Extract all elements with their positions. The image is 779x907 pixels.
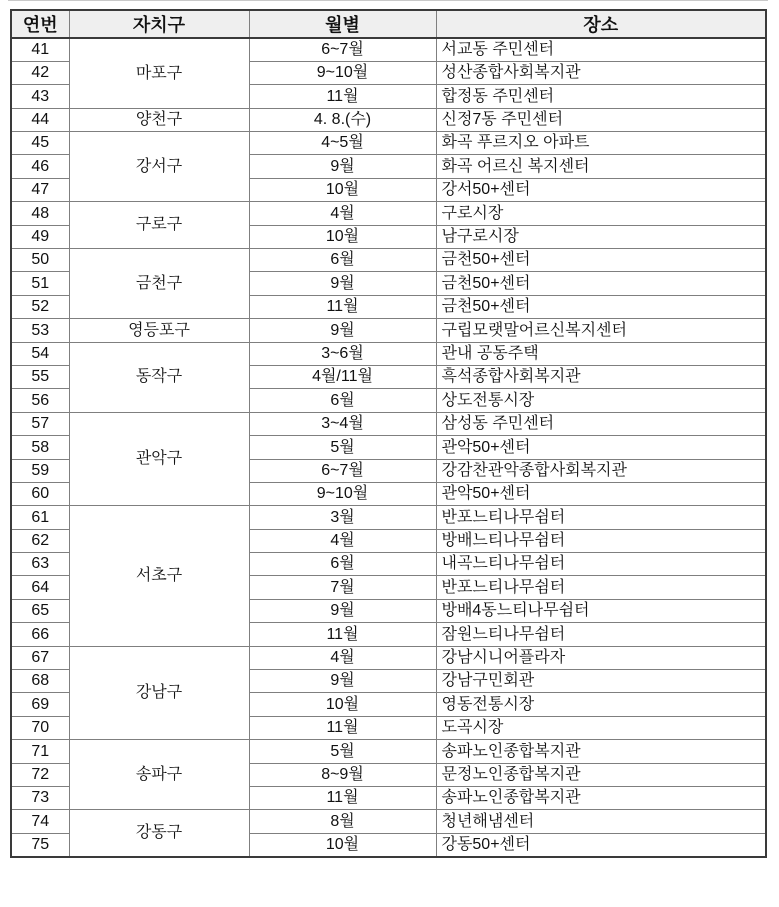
place-cell: 화곡 어르신 복지센터 [436, 155, 766, 178]
serial-cell: 69 [11, 693, 69, 716]
place-cell: 강남구민회관 [436, 670, 766, 693]
serial-cell: 67 [11, 646, 69, 669]
serial-cell: 48 [11, 202, 69, 225]
serial-cell: 53 [11, 319, 69, 342]
serial-cell: 68 [11, 670, 69, 693]
serial-cell: 43 [11, 85, 69, 108]
month-cell: 6월 [249, 553, 436, 576]
schedule-table: 연번 자치구 월별 장소 41마포구6~7월서교동 주민센터429~10월성산종… [10, 9, 767, 858]
place-cell: 삼성동 주민센터 [436, 412, 766, 435]
month-cell: 4월 [249, 202, 436, 225]
district-cell: 관악구 [69, 412, 249, 506]
header-row: 연번 자치구 월별 장소 [11, 10, 766, 38]
serial-cell: 70 [11, 716, 69, 739]
table-row: 45강서구4~5월화곡 푸르지오 아파트 [11, 132, 766, 155]
month-cell: 10월 [249, 833, 436, 856]
month-cell: 9월 [249, 319, 436, 342]
scan-artifact-line [8, 0, 768, 1]
serial-cell: 71 [11, 740, 69, 763]
serial-cell: 58 [11, 436, 69, 459]
place-cell: 성산종합사회복지관 [436, 61, 766, 84]
month-cell: 4~5월 [249, 132, 436, 155]
place-cell: 영동전통시장 [436, 693, 766, 716]
place-cell: 합정동 주민센터 [436, 85, 766, 108]
serial-cell: 62 [11, 529, 69, 552]
month-cell: 3~6월 [249, 342, 436, 365]
month-cell: 10월 [249, 178, 436, 201]
serial-cell: 65 [11, 599, 69, 622]
month-cell: 11월 [249, 623, 436, 646]
serial-cell: 72 [11, 763, 69, 786]
place-cell: 상도전통시장 [436, 389, 766, 412]
place-cell: 관악50+센터 [436, 436, 766, 459]
month-cell: 9월 [249, 272, 436, 295]
table-row: 48구로구4월구로시장 [11, 202, 766, 225]
serial-cell: 50 [11, 249, 69, 272]
place-cell: 강서50+센터 [436, 178, 766, 201]
month-cell: 8~9월 [249, 763, 436, 786]
month-cell: 11월 [249, 295, 436, 318]
district-cell: 강남구 [69, 646, 249, 740]
district-cell: 동작구 [69, 342, 249, 412]
place-cell: 구로시장 [436, 202, 766, 225]
serial-cell: 63 [11, 553, 69, 576]
district-cell: 양천구 [69, 108, 249, 131]
serial-cell: 59 [11, 459, 69, 482]
month-cell: 9~10월 [249, 61, 436, 84]
table-row: 74강동구8월청년해냄센터 [11, 810, 766, 833]
month-cell: 11월 [249, 787, 436, 810]
place-cell: 문정노인종합복지관 [436, 763, 766, 786]
column-header-month: 월별 [249, 10, 436, 38]
serial-cell: 46 [11, 155, 69, 178]
serial-cell: 51 [11, 272, 69, 295]
month-cell: 8월 [249, 810, 436, 833]
place-cell: 화곡 푸르지오 아파트 [436, 132, 766, 155]
schedule-table-body: 41마포구6~7월서교동 주민센터429~10월성산종합사회복지관4311월합정… [11, 38, 766, 857]
document-page: 연번 자치구 월별 장소 41마포구6~7월서교동 주민센터429~10월성산종… [0, 0, 779, 907]
month-cell: 4월/11월 [249, 365, 436, 388]
serial-cell: 47 [11, 178, 69, 201]
month-cell: 4월 [249, 646, 436, 669]
table-row: 54동작구3~6월관내 공동주택 [11, 342, 766, 365]
month-cell: 9월 [249, 599, 436, 622]
place-cell: 도곡시장 [436, 716, 766, 739]
place-cell: 신정7동 주민센터 [436, 108, 766, 131]
district-cell: 강동구 [69, 810, 249, 857]
serial-cell: 42 [11, 61, 69, 84]
place-cell: 송파노인종합복지관 [436, 787, 766, 810]
district-cell: 강서구 [69, 132, 249, 202]
place-cell: 반포느티나무쉼터 [436, 506, 766, 529]
serial-cell: 74 [11, 810, 69, 833]
serial-cell: 60 [11, 482, 69, 505]
district-cell: 마포구 [69, 38, 249, 108]
place-cell: 강남시니어플라자 [436, 646, 766, 669]
place-cell: 관악50+센터 [436, 482, 766, 505]
serial-cell: 54 [11, 342, 69, 365]
place-cell: 금천50+센터 [436, 272, 766, 295]
month-cell: 9~10월 [249, 482, 436, 505]
serial-cell: 52 [11, 295, 69, 318]
place-cell: 강동50+센터 [436, 833, 766, 856]
month-cell: 5월 [249, 436, 436, 459]
table-row: 57관악구3~4월삼성동 주민센터 [11, 412, 766, 435]
district-cell: 구로구 [69, 202, 249, 249]
place-cell: 서교동 주민센터 [436, 38, 766, 61]
place-cell: 강감찬관악종합사회복지관 [436, 459, 766, 482]
table-row: 50금천구6월금천50+센터 [11, 249, 766, 272]
place-cell: 송파노인종합복지관 [436, 740, 766, 763]
month-cell: 6월 [249, 249, 436, 272]
month-cell: 6~7월 [249, 459, 436, 482]
month-cell: 4월 [249, 529, 436, 552]
month-cell: 10월 [249, 693, 436, 716]
place-cell: 내곡느티나무쉼터 [436, 553, 766, 576]
month-cell: 3월 [249, 506, 436, 529]
place-cell: 반포느티나무쉼터 [436, 576, 766, 599]
place-cell: 금천50+센터 [436, 295, 766, 318]
month-cell: 3~4월 [249, 412, 436, 435]
serial-cell: 55 [11, 365, 69, 388]
month-cell: 11월 [249, 85, 436, 108]
month-cell: 9월 [249, 670, 436, 693]
district-cell: 영등포구 [69, 319, 249, 342]
serial-cell: 61 [11, 506, 69, 529]
month-cell: 5월 [249, 740, 436, 763]
serial-cell: 41 [11, 38, 69, 61]
month-cell: 6월 [249, 389, 436, 412]
place-cell: 잠원느티나무쉼터 [436, 623, 766, 646]
place-cell: 방배느티나무쉼터 [436, 529, 766, 552]
serial-cell: 73 [11, 787, 69, 810]
place-cell: 관내 공동주택 [436, 342, 766, 365]
place-cell: 구립모랫말어르신복지센터 [436, 319, 766, 342]
table-row: 67강남구4월강남시니어플라자 [11, 646, 766, 669]
place-cell: 방배4동느티나무쉼터 [436, 599, 766, 622]
month-cell: 4. 8.(수) [249, 108, 436, 131]
place-cell: 금천50+센터 [436, 249, 766, 272]
column-header-district: 자치구 [69, 10, 249, 38]
table-row: 71송파구5월송파노인종합복지관 [11, 740, 766, 763]
serial-cell: 44 [11, 108, 69, 131]
table-row: 41마포구6~7월서교동 주민센터 [11, 38, 766, 61]
place-cell: 남구로시장 [436, 225, 766, 248]
month-cell: 6~7월 [249, 38, 436, 61]
serial-cell: 64 [11, 576, 69, 599]
month-cell: 11월 [249, 716, 436, 739]
month-cell: 10월 [249, 225, 436, 248]
serial-cell: 57 [11, 412, 69, 435]
serial-cell: 66 [11, 623, 69, 646]
district-cell: 송파구 [69, 740, 249, 810]
district-cell: 서초구 [69, 506, 249, 646]
place-cell: 청년해냄센터 [436, 810, 766, 833]
month-cell: 7월 [249, 576, 436, 599]
serial-cell: 75 [11, 833, 69, 856]
district-cell: 금천구 [69, 249, 249, 319]
serial-cell: 56 [11, 389, 69, 412]
table-row: 44양천구4. 8.(수)신정7동 주민센터 [11, 108, 766, 131]
month-cell: 9월 [249, 155, 436, 178]
column-header-place: 장소 [436, 10, 766, 38]
serial-cell: 49 [11, 225, 69, 248]
table-row: 61서초구3월반포느티나무쉼터 [11, 506, 766, 529]
column-header-no: 연번 [11, 10, 69, 38]
serial-cell: 45 [11, 132, 69, 155]
place-cell: 흑석종합사회복지관 [436, 365, 766, 388]
table-row: 53영등포구9월구립모랫말어르신복지센터 [11, 319, 766, 342]
